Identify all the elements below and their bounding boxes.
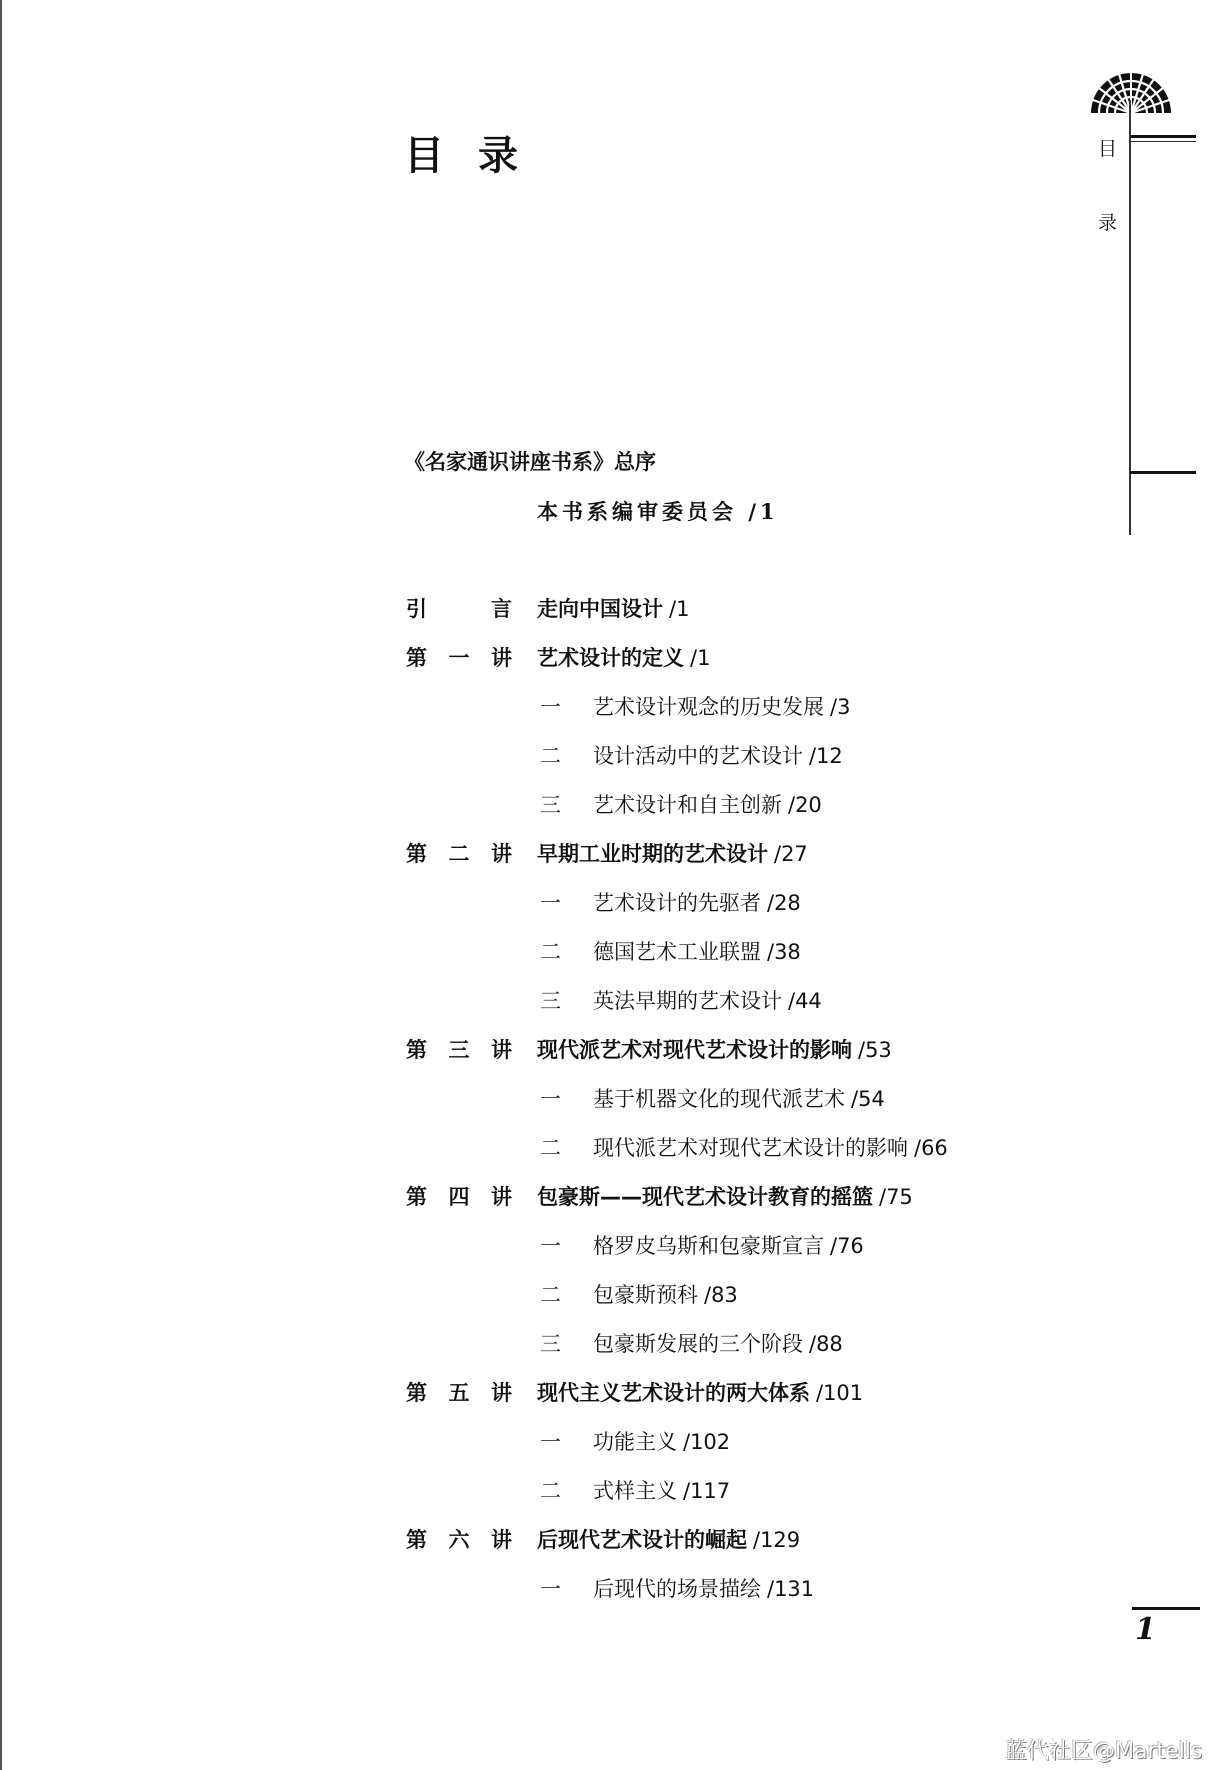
toc-chapter[interactable]: 第五讲 现代主义艺术设计的两大体系/101 bbox=[404, 1376, 1084, 1425]
toc-section[interactable]: 一 艺术设计的先驱者/28 bbox=[404, 886, 1084, 935]
section-number: 二 bbox=[540, 1278, 570, 1312]
section-number: 一 bbox=[540, 886, 570, 920]
toc-section[interactable]: 一 后现代的场景描绘/131 bbox=[404, 1572, 1084, 1621]
page-ref: /20 bbox=[788, 793, 822, 817]
foreword-title: 《名家通识讲座书系》总序 bbox=[404, 448, 656, 476]
section-number: 二 bbox=[540, 1131, 570, 1165]
section-number: 三 bbox=[540, 984, 570, 1018]
chapter-label: 第三讲 bbox=[406, 1033, 512, 1067]
chapter-title: 现代主义艺术设计的两大体系/101 bbox=[537, 1376, 863, 1410]
toc-section[interactable]: 二 式样主义/117 bbox=[404, 1474, 1084, 1523]
side-tab-char: 目 bbox=[1098, 138, 1117, 160]
page-ref: /117 bbox=[683, 1479, 730, 1503]
chapter-title: 早期工业时期的艺术设计/27 bbox=[537, 837, 808, 871]
page-ref: /131 bbox=[767, 1577, 814, 1601]
section-title: 包豪斯预科/83 bbox=[593, 1278, 738, 1312]
toc-chapter[interactable]: 第六讲 后现代艺术设计的崛起/129 bbox=[404, 1523, 1084, 1572]
section-title: 基于机器文化的现代派艺术/54 bbox=[593, 1082, 885, 1116]
page-ref: /75 bbox=[879, 1185, 913, 1209]
side-tab-char: 录 bbox=[1098, 212, 1117, 234]
section-number: 三 bbox=[540, 1327, 570, 1361]
side-rule-top-thin bbox=[1130, 141, 1196, 142]
page-ref: /3 bbox=[830, 695, 850, 719]
section-number: 一 bbox=[540, 690, 570, 724]
page-ref: /101 bbox=[816, 1381, 863, 1405]
page-ref: /1 bbox=[669, 597, 689, 621]
page-ref: /53 bbox=[858, 1038, 892, 1062]
chapter-label: 引言 bbox=[406, 592, 512, 626]
chapter-title: 后现代艺术设计的崛起/129 bbox=[537, 1523, 800, 1557]
side-rule-bottom bbox=[1130, 471, 1196, 474]
toc-section[interactable]: 二 现代派艺术对现代艺术设计的影响/66 bbox=[404, 1131, 1084, 1180]
page-ref: /12 bbox=[809, 744, 843, 768]
section-title: 格罗皮乌斯和包豪斯宣言/76 bbox=[593, 1229, 864, 1263]
chapter-title: 走向中国设计/1 bbox=[537, 592, 689, 626]
chapter-title: 艺术设计的定义/1 bbox=[537, 641, 710, 675]
toc-chapter[interactable]: 引言 走向中国设计/1 bbox=[404, 592, 1084, 641]
page-number: 1 bbox=[1135, 1612, 1156, 1648]
toc-section[interactable]: 三 英法早期的艺术设计/44 bbox=[404, 984, 1084, 1033]
fan-ornament-icon bbox=[1090, 72, 1172, 114]
footer-rule bbox=[1132, 1607, 1200, 1610]
table-of-contents: 引言 走向中国设计/1 第一讲 艺术设计的定义/1 一 艺术设计观念的历史发展/… bbox=[404, 592, 1084, 1621]
section-number: 二 bbox=[540, 935, 570, 969]
page-ref: /54 bbox=[851, 1087, 885, 1111]
page-ref: /66 bbox=[914, 1136, 948, 1160]
section-title: 英法早期的艺术设计/44 bbox=[593, 984, 822, 1018]
toc-section[interactable]: 三 包豪斯发展的三个阶段/88 bbox=[404, 1327, 1084, 1376]
page-ref: /129 bbox=[753, 1528, 800, 1552]
toc-section[interactable]: 一 格罗皮乌斯和包豪斯宣言/76 bbox=[404, 1229, 1084, 1278]
chapter-label: 第一讲 bbox=[406, 641, 512, 675]
section-title: 现代派艺术对现代艺术设计的影响/66 bbox=[593, 1131, 948, 1165]
section-number: 一 bbox=[540, 1425, 570, 1459]
toc-section[interactable]: 二 包豪斯预科/83 bbox=[404, 1278, 1084, 1327]
section-number: 三 bbox=[540, 788, 570, 822]
page-ref: /1 bbox=[690, 646, 710, 670]
watermark: 蓝代社区@Martells bbox=[1005, 1738, 1202, 1766]
page-ref: /38 bbox=[767, 940, 801, 964]
foreword-author-text: 本书系编审委员会 bbox=[537, 499, 737, 524]
section-number: 一 bbox=[540, 1082, 570, 1116]
side-vertical-rule bbox=[1129, 100, 1131, 535]
page-ref: /88 bbox=[809, 1332, 843, 1356]
section-title: 德国艺术工业联盟/38 bbox=[593, 935, 801, 969]
page-ref: /83 bbox=[704, 1283, 738, 1307]
chapter-title: 包豪斯——现代艺术设计教育的摇篮/75 bbox=[537, 1180, 913, 1214]
foreword-author: 本书系编审委员会 /1 bbox=[537, 498, 779, 526]
page-ref: /44 bbox=[788, 989, 822, 1013]
section-title: 后现代的场景描绘/131 bbox=[593, 1572, 814, 1606]
foreword-page-ref: /1 bbox=[748, 499, 778, 524]
section-number: 二 bbox=[540, 739, 570, 773]
section-title: 功能主义/102 bbox=[593, 1425, 730, 1459]
chapter-label: 第六讲 bbox=[406, 1523, 512, 1557]
page-ref: /28 bbox=[767, 891, 801, 915]
section-title: 艺术设计观念的历史发展/3 bbox=[593, 690, 850, 724]
section-title: 包豪斯发展的三个阶段/88 bbox=[593, 1327, 843, 1361]
toc-chapter[interactable]: 第三讲 现代派艺术对现代艺术设计的影响/53 bbox=[404, 1033, 1084, 1082]
section-title: 式样主义/117 bbox=[593, 1474, 730, 1508]
section-title: 艺术设计的先驱者/28 bbox=[593, 886, 801, 920]
page-ref: /76 bbox=[830, 1234, 864, 1258]
section-title: 设计活动中的艺术设计/12 bbox=[593, 739, 843, 773]
chapter-label: 第二讲 bbox=[406, 837, 512, 871]
page-ref: /102 bbox=[683, 1430, 730, 1454]
section-number: 一 bbox=[540, 1229, 570, 1263]
chapter-title: 现代派艺术对现代艺术设计的影响/53 bbox=[537, 1033, 892, 1067]
toc-section[interactable]: 二 德国艺术工业联盟/38 bbox=[404, 935, 1084, 984]
section-number: 二 bbox=[540, 1474, 570, 1508]
side-rule-top bbox=[1130, 135, 1196, 138]
chapter-label: 第四讲 bbox=[406, 1180, 512, 1214]
toc-section[interactable]: 三 艺术设计和自主创新/20 bbox=[404, 788, 1084, 837]
page-title: 目录 bbox=[404, 130, 552, 182]
toc-section[interactable]: 一 功能主义/102 bbox=[404, 1425, 1084, 1474]
toc-section[interactable]: 二 设计活动中的艺术设计/12 bbox=[404, 739, 1084, 788]
chapter-label: 第五讲 bbox=[406, 1376, 512, 1410]
section-number: 一 bbox=[540, 1572, 570, 1606]
toc-section[interactable]: 一 基于机器文化的现代派艺术/54 bbox=[404, 1082, 1084, 1131]
toc-section[interactable]: 一 艺术设计观念的历史发展/3 bbox=[404, 690, 1084, 739]
toc-chapter[interactable]: 第二讲 早期工业时期的艺术设计/27 bbox=[404, 837, 1084, 886]
toc-chapter[interactable]: 第四讲 包豪斯——现代艺术设计教育的摇篮/75 bbox=[404, 1180, 1084, 1229]
toc-chapter[interactable]: 第一讲 艺术设计的定义/1 bbox=[404, 641, 1084, 690]
page-ref: /27 bbox=[774, 842, 808, 866]
page-left-edge bbox=[0, 0, 2, 1770]
section-title: 艺术设计和自主创新/20 bbox=[593, 788, 822, 822]
